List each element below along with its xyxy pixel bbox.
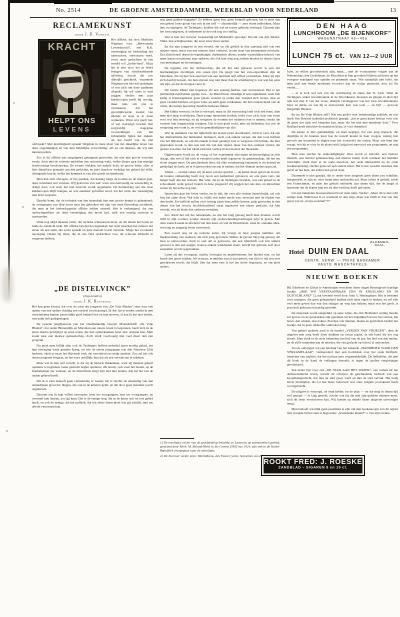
article2-body: Het kan geen kwaad, dat over de actie de… <box>32 305 153 475</box>
paragraph: Zoo is dit affiche een aangrijpend getui… <box>32 156 153 176</box>
paragraph: Nu moet men billijk zijn: ook de Tachtig… <box>32 344 153 360</box>
tuberculosis-poster-image: KRACHT HELPT ONS LEVENS <box>38 39 106 137</box>
paragraph: Dit in te zien behoeft geen vernedering … <box>32 379 153 391</box>
paragraph: Opgeworpen wordt nu de vraag, of het exp… <box>160 153 280 169</box>
paragraph: Een woord nog tot de redactie zelve. Zij… <box>160 231 280 251</box>
paragraph: Van geheel anderen aard is de bundel „VE… <box>287 329 398 345</box>
paragraph: De uitspraak wordt aangeduid op eene wij… <box>287 311 398 327</box>
paragraph: En dat zijn jongeren in een wereld, die … <box>160 45 280 65</box>
paragraph: Want nog altijd meenen velen, dat reclam… <box>32 221 153 241</box>
poster-bottom-text-2: LEVENS <box>53 127 91 134</box>
newspaper-page-scan: No. 2514 DE GROENE AMSTERDAMMER, WEEKBLA… <box>0 0 400 617</box>
hotel-name: DUIN EN DAAL <box>308 247 369 256</box>
paragraph: Wie de nummers van het tijdschrift der l… <box>160 131 280 151</box>
poster-figure: KRACHT HELPT ONS LEVENS <box>38 39 106 137</box>
paragraph: Daarbij komt, dat de techniek van den st… <box>32 199 153 219</box>
hotel-prefix: Hotel <box>289 249 304 256</box>
hotel-location: BLOEMEN- DAAL. <box>363 241 397 248</box>
ad-city: DEN HAAG <box>292 23 393 30</box>
paragraph: Daarmede is niet gezegd, dat er onder de… <box>287 173 398 189</box>
paragraph: ... er is toch wel iets van die verbitte… <box>287 91 398 111</box>
page-number: 13 <box>390 8 396 14</box>
masthead-title: DE GROENE AMSTERDAMMER, WEEKBLAD VOOR NE… <box>30 8 398 14</box>
ad-offer: LUNCH 75 ct. <box>292 51 345 60</box>
column-2: nog geen gulden-vlaggetje? Ze hebben gee… <box>160 18 280 477</box>
column2-body: nog geen gulden-vlaggetje? Ze hebben gee… <box>160 18 280 436</box>
left-edge-line <box>8 0 10 300</box>
paragraph: Bij Scheltens en Giltay te Amsterdam ver… <box>287 286 398 310</box>
scan-speck <box>6 430 8 432</box>
column3-body-top: Juist, ze willen grootsteedsch zijn, maa… <box>287 70 398 236</box>
paragraph: Juist, ze willen grootsteedsch zijn, maa… <box>287 70 398 90</box>
ad-business-name: LUNCHROOM „DE BIJENKORF” <box>292 31 393 37</box>
ad-hours: VAN 12—2 UUR <box>350 54 393 60</box>
paragraph: Men leze slechts de aankondigingen: alle… <box>287 152 398 172</box>
scan-speck <box>13 102 15 104</box>
paragraph: En nu De Vrije Bladen zelf? Wat een gedo… <box>287 113 398 129</box>
paragraph: Ten slotte ligt voor ons „DE STAD AAN HE… <box>287 368 398 388</box>
roeske-cigar-ad: ROOKT FRED: J. ROESKE ZANDBLAD – SIGAREN… <box>261 455 365 476</box>
paragraph: Het klinkt verward, en het is verward; m… <box>160 110 280 130</box>
paragraph: Voorts ontvingen wij een herdruk van het… <box>287 346 398 366</box>
paragraph: Wel is hier het verweer toepasselijk uit… <box>160 36 280 44</box>
top-edge-bar-thick-segment <box>54 0 112 4</box>
article1-body: KRACHT HELPT ONS LEVENS Het affiche, dat… <box>32 38 153 280</box>
cigar-ad-brand: ROOKT FRED: J. ROESKE <box>262 458 364 466</box>
footnote-rule <box>160 438 194 439</box>
article1-title: RECLAMEKUNST <box>32 21 153 30</box>
ad-address: WAGENSTRAAT 43—45a <box>292 37 393 41</box>
paragraph: Alleen — en hier raken wij de kern van h… <box>160 171 280 191</box>
paragraph: Het kan geen kwaad, dat over de actie de… <box>32 305 153 321</box>
page-header: No. 2514 DE GROENE AMSTERDAMMER, WEEKBLA… <box>30 7 398 17</box>
paragraph: Zoo draait het rad der letterkunde, en w… <box>160 214 280 230</box>
paragraph: nog geen gulden-vlaggetje? Ze hebben gee… <box>160 18 280 34</box>
paragraph: Intusschen gaat het leven verder, en de … <box>160 192 280 212</box>
paragraph: De uitgave is verzorgd, de druk helder, … <box>287 389 398 405</box>
column3-body-books: Bij Scheltens en Giltay te Amsterdam ver… <box>287 286 398 462</box>
paragraph: Men behoeft waarlijk geen pessimist te z… <box>287 407 398 415</box>
paragraph: Daarom zou ik hun willen toeroepen: lees… <box>32 393 153 409</box>
paragraph: De keuze is niet gemakkelijk, en men beg… <box>287 130 398 150</box>
footnote: 1) De resultaten echter van de proefnemi… <box>160 441 280 453</box>
heading-dash <box>336 282 349 283</box>
scan-speck <box>22 206 24 208</box>
poster-bottom-text-1: HELPT ONS <box>48 116 95 125</box>
paragraph: Uit een bekenden brouwersmond hoort men … <box>287 191 398 203</box>
article2-title: „DE DISTELVINCK” <box>32 285 153 293</box>
hotel-features-2: VASTE WASCHTAFELS <box>287 263 398 268</box>
paragraph: Men kan zich afvragen, of het publiek, d… <box>32 178 153 198</box>
lunchroom-bijenkorf-ad: DEN HAAG LUNCHROOM „DE BIJENKORF” WAGENS… <box>287 18 398 67</box>
top-edge-bar-faded-segment <box>334 1 400 3</box>
scan-smudge <box>2 268 13 302</box>
paragraph: De legende van het dichterschap, dat uit… <box>160 67 280 87</box>
column-3: DEN HAAG LUNCHROOM „DE BIJENKORF” WAGENS… <box>287 18 398 462</box>
paragraph: Maar wat ik hun wèl verwijt, is dat zij … <box>32 362 153 378</box>
new-books-heading: NIEUWE BOEKEN <box>287 274 398 281</box>
poster-top-text: KRACHT <box>48 42 96 53</box>
paragraph: Laten zij dus voortgaan, ruziën, betooge… <box>160 253 280 269</box>
paragraph: De tweede jeugdperiode van het Onafhanke… <box>32 323 153 343</box>
cigar-ad-detail: ZANDBLAD – SIGAREN 8 en 10 ct. <box>262 466 364 471</box>
ad-offer-row: LUNCH 75 ct. VAN 12—2 UUR <box>292 42 393 63</box>
paragraph: Dit laatste klinkt niet hopeloos als een… <box>160 88 280 108</box>
column-1: RECLAMEKUNST door J. D. Voskuil KRACHT <box>32 21 153 475</box>
hotel-duin-en-daal-ad: Hotel DUIN EN DAAL BLOEMEN- DAAL. CENTR.… <box>287 238 398 270</box>
